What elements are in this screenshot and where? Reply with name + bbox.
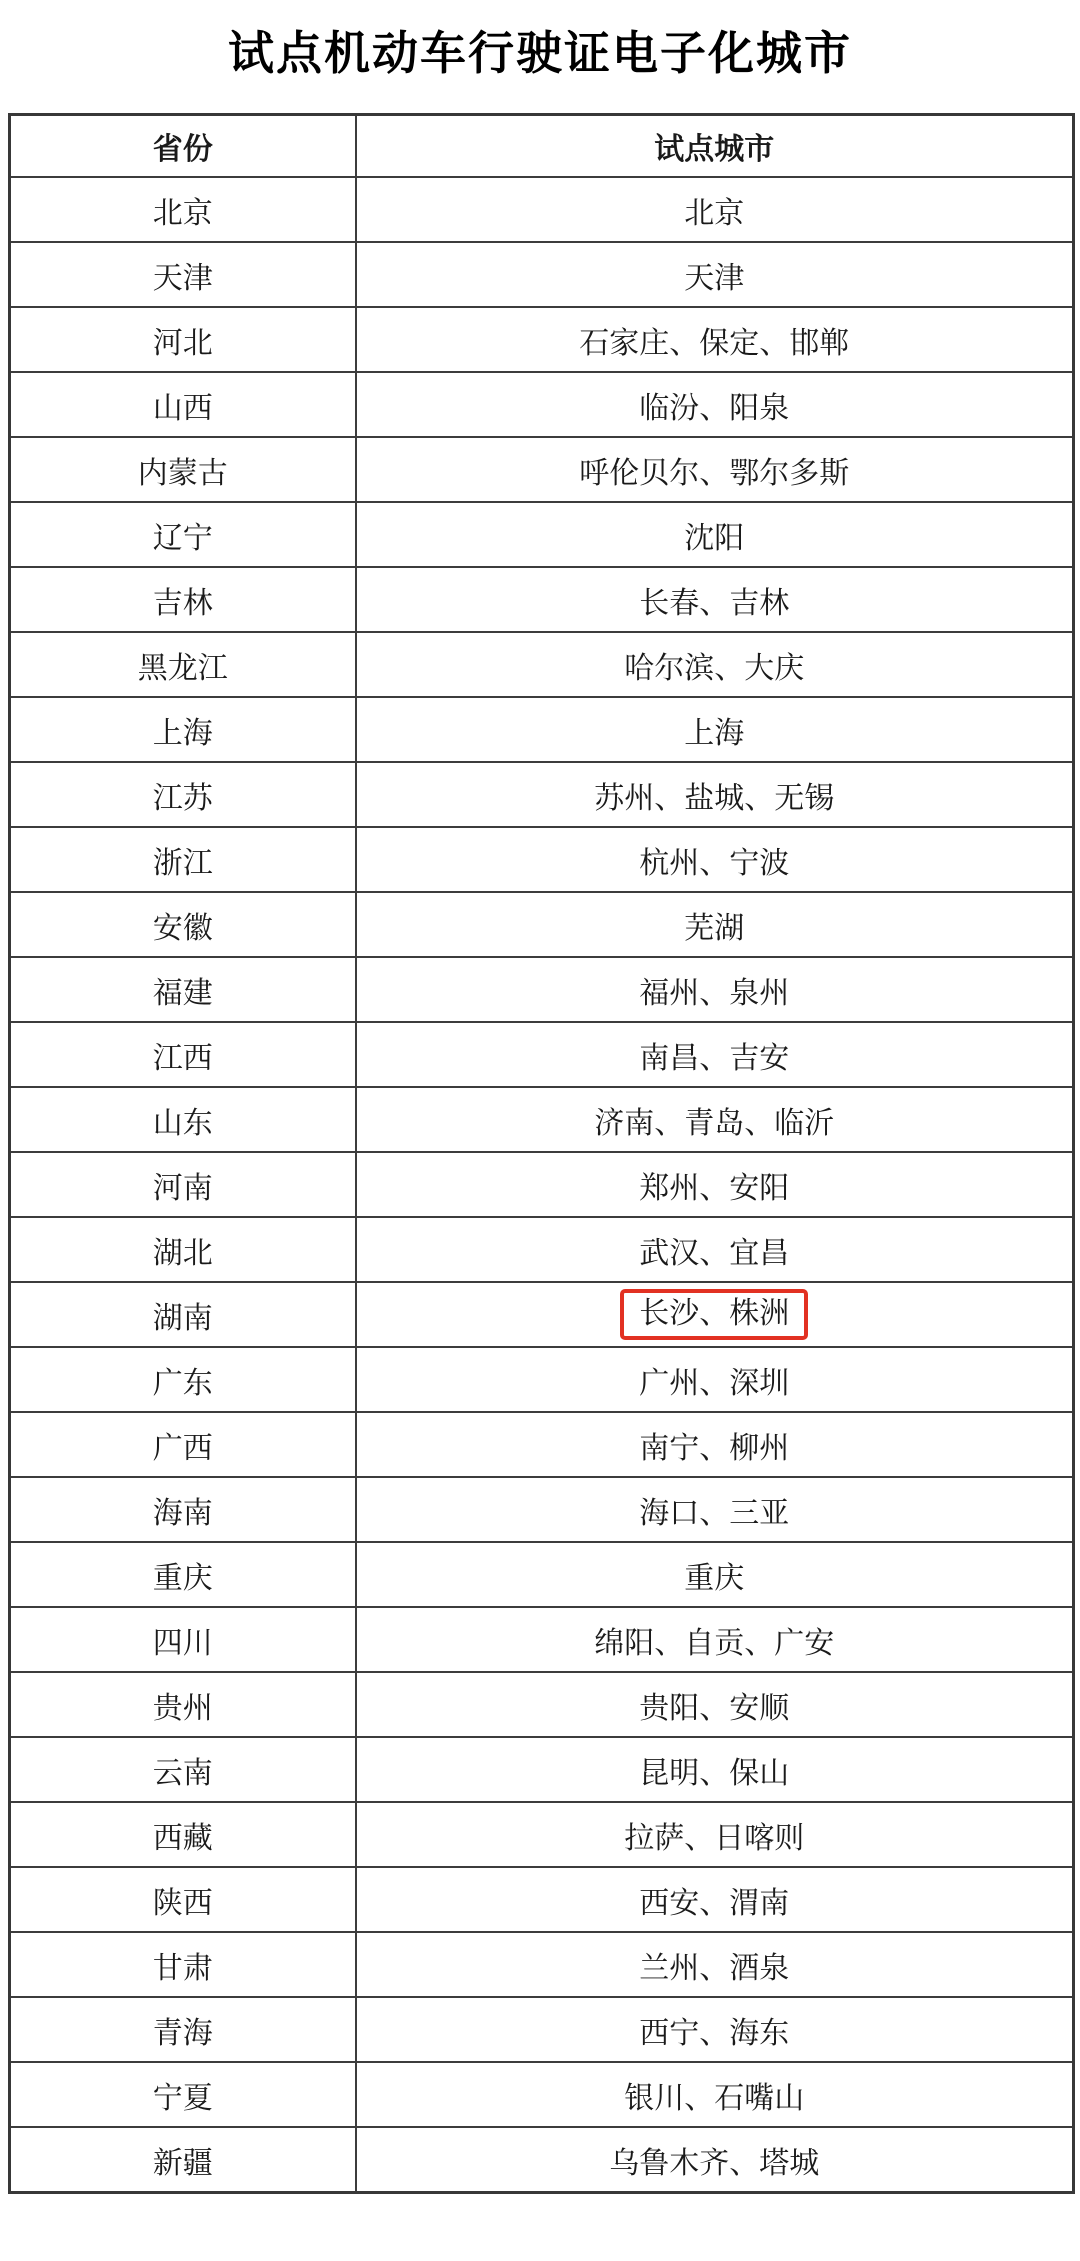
province-cell: 山东: [10, 1087, 356, 1152]
table-row: 四川 绵阳、自贡、广安: [10, 1607, 1074, 1672]
province-cell: 安徽: [10, 892, 356, 957]
table-row: 宁夏 银川、石嘴山: [10, 2062, 1074, 2127]
table-row: 新疆 乌鲁木齐、塔城: [10, 2127, 1074, 2193]
table-row: 甘肃 兰州、酒泉: [10, 1932, 1074, 1997]
table-row: 广东 广州、深圳: [10, 1347, 1074, 1412]
cities-cell: 石家庄、保定、邯郸: [356, 307, 1074, 372]
cities-cell: 银川、石嘴山: [356, 2062, 1074, 2127]
province-cell: 广东: [10, 1347, 356, 1412]
province-cell: 江西: [10, 1022, 356, 1087]
province-cell: 四川: [10, 1607, 356, 1672]
table-row: 河北 石家庄、保定、邯郸: [10, 307, 1074, 372]
table-row: 云南 昆明、保山: [10, 1737, 1074, 1802]
table-row: 陕西 西安、渭南: [10, 1867, 1074, 1932]
cities-cell: 杭州、宁波: [356, 827, 1074, 892]
header-pilot-cities: 试点城市: [356, 115, 1074, 178]
table-row: 福建 福州、泉州: [10, 957, 1074, 1022]
header-province: 省份: [10, 115, 356, 178]
table-row: 山西 临汾、阳泉: [10, 372, 1074, 437]
table-row: 贵州 贵阳、安顺: [10, 1672, 1074, 1737]
table-row: 安徽 芜湖: [10, 892, 1074, 957]
province-cell: 北京: [10, 177, 356, 242]
table-row: 浙江 杭州、宁波: [10, 827, 1074, 892]
province-cell: 天津: [10, 242, 356, 307]
province-cell: 浙江: [10, 827, 356, 892]
province-cell: 福建: [10, 957, 356, 1022]
province-cell: 吉林: [10, 567, 356, 632]
table-body: 北京 北京 天津 天津 河北 石家庄、保定、邯郸 山西 临汾、阳泉 内蒙古 呼伦…: [10, 177, 1074, 2193]
table-row: 天津 天津: [10, 242, 1074, 307]
province-cell: 江苏: [10, 762, 356, 827]
province-cell: 湖北: [10, 1217, 356, 1282]
cities-cell: 长春、吉林: [356, 567, 1074, 632]
province-cell: 上海: [10, 697, 356, 762]
province-cell: 新疆: [10, 2127, 356, 2193]
province-cell: 青海: [10, 1997, 356, 2062]
cities-cell: 临汾、阳泉: [356, 372, 1074, 437]
table-row: 河南 郑州、安阳: [10, 1152, 1074, 1217]
table-row: 内蒙古 呼伦贝尔、鄂尔多斯: [10, 437, 1074, 502]
cities-cell: 拉萨、日喀则: [356, 1802, 1074, 1867]
cities-cell: 绵阳、自贡、广安: [356, 1607, 1074, 1672]
table-row: 吉林 长春、吉林: [10, 567, 1074, 632]
table-row: 辽宁 沈阳: [10, 502, 1074, 567]
table-row: 湖北 武汉、宜昌: [10, 1217, 1074, 1282]
province-cell: 广西: [10, 1412, 356, 1477]
province-cell: 湖南: [10, 1282, 356, 1347]
cities-cell: 海口、三亚: [356, 1477, 1074, 1542]
table-row: 海南 海口、三亚: [10, 1477, 1074, 1542]
table-row: 江西 南昌、吉安: [10, 1022, 1074, 1087]
cities-cell: 贵阳、安顺: [356, 1672, 1074, 1737]
pilot-cities-table: 省份 试点城市 北京 北京 天津 天津 河北 石家庄、保定、邯郸 山西 临汾、阳…: [8, 113, 1075, 2194]
province-cell: 辽宁: [10, 502, 356, 567]
table-row: 西藏 拉萨、日喀则: [10, 1802, 1074, 1867]
cities-cell: 呼伦贝尔、鄂尔多斯: [356, 437, 1074, 502]
cities-cell: 西安、渭南: [356, 1867, 1074, 1932]
table-row: 重庆 重庆: [10, 1542, 1074, 1607]
cities-cell: 福州、泉州: [356, 957, 1074, 1022]
province-cell: 陕西: [10, 1867, 356, 1932]
cities-cell: 济南、青岛、临沂: [356, 1087, 1074, 1152]
province-cell: 甘肃: [10, 1932, 356, 1997]
cities-cell: 郑州、安阳: [356, 1152, 1074, 1217]
cities-cell: 苏州、盐城、无锡: [356, 762, 1074, 827]
table-row: 北京 北京: [10, 177, 1074, 242]
province-cell: 河南: [10, 1152, 356, 1217]
cities-cell: 沈阳: [356, 502, 1074, 567]
table-row: 广西 南宁、柳州: [10, 1412, 1074, 1477]
cities-cell: 长沙、株洲: [356, 1282, 1074, 1347]
cities-cell: 南昌、吉安: [356, 1022, 1074, 1087]
cities-cell: 乌鲁木齐、塔城: [356, 2127, 1074, 2193]
table-row: 江苏 苏州、盐城、无锡: [10, 762, 1074, 827]
highlighted-cities-box: 长沙、株洲: [620, 1289, 808, 1340]
cities-cell: 重庆: [356, 1542, 1074, 1607]
cities-cell: 南宁、柳州: [356, 1412, 1074, 1477]
cities-cell: 西宁、海东: [356, 1997, 1074, 2062]
page-title: 试点机动车行驶证电子化城市: [0, 0, 1080, 81]
cities-cell: 芜湖: [356, 892, 1074, 957]
cities-cell: 北京: [356, 177, 1074, 242]
cities-cell: 上海: [356, 697, 1074, 762]
table-row: 上海 上海: [10, 697, 1074, 762]
cities-cell: 广州、深圳: [356, 1347, 1074, 1412]
province-cell: 山西: [10, 372, 356, 437]
province-cell: 宁夏: [10, 2062, 356, 2127]
province-cell: 内蒙古: [10, 437, 356, 502]
cities-cell: 兰州、酒泉: [356, 1932, 1074, 1997]
province-cell: 河北: [10, 307, 356, 372]
table-row: 青海 西宁、海东: [10, 1997, 1074, 2062]
table-row: 黑龙江 哈尔滨、大庆: [10, 632, 1074, 697]
cities-cell: 哈尔滨、大庆: [356, 632, 1074, 697]
cities-cell: 武汉、宜昌: [356, 1217, 1074, 1282]
province-cell: 西藏: [10, 1802, 356, 1867]
cities-cell: 天津: [356, 242, 1074, 307]
province-cell: 云南: [10, 1737, 356, 1802]
province-cell: 海南: [10, 1477, 356, 1542]
province-cell: 重庆: [10, 1542, 356, 1607]
cities-cell: 昆明、保山: [356, 1737, 1074, 1802]
table-header-row: 省份 试点城市: [10, 115, 1074, 178]
table-row: 山东 济南、青岛、临沂: [10, 1087, 1074, 1152]
province-cell: 贵州: [10, 1672, 356, 1737]
province-cell: 黑龙江: [10, 632, 356, 697]
table-row: 湖南 长沙、株洲: [10, 1282, 1074, 1347]
